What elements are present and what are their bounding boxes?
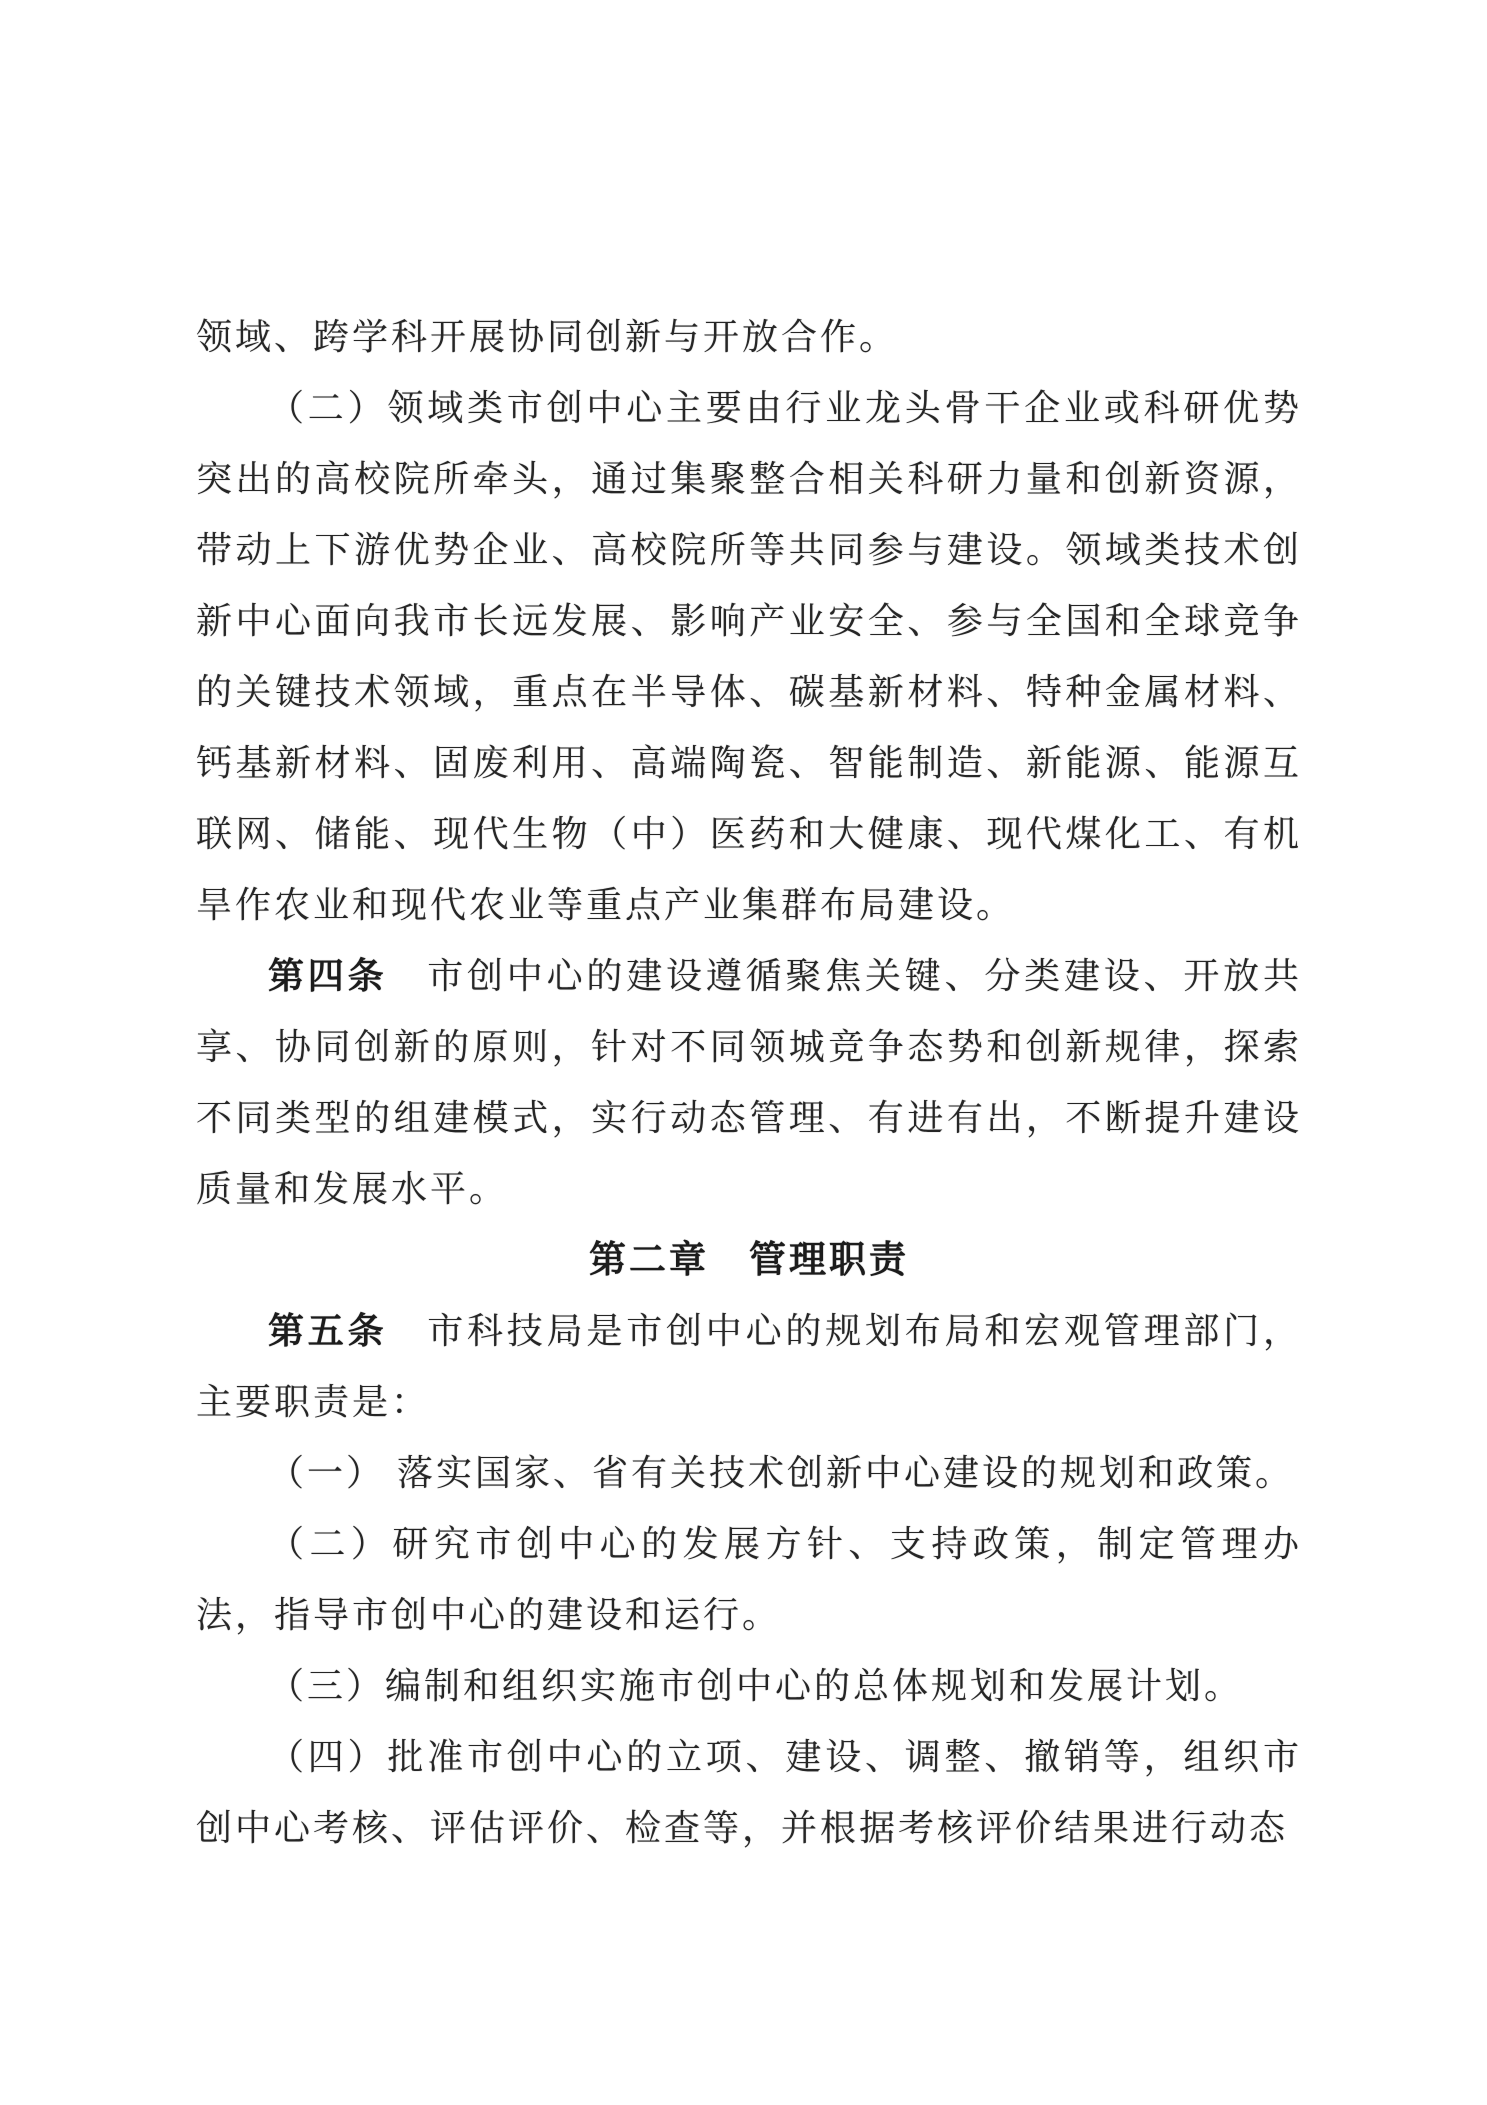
article-5-label: 第五条 — [268, 1311, 387, 1351]
para-article-4: 第四条 市创中心的建设遵循聚焦关键、分类建设、开放共享、协同创新的原则，针对不同… — [196, 941, 1302, 1225]
chapter-heading: 第二章 管理职责 — [196, 1225, 1302, 1296]
para-duty-one: （一） 落实国家、省有关技术创新中心建设的规划和政策。 — [196, 1438, 1302, 1509]
para-duty-four-text: （四）批准市创中心的立项、建设、调整、撤销等，组织市创中心考核、评估评价、检查等… — [196, 1737, 1302, 1848]
article-4-label: 第四条 — [268, 956, 387, 996]
para-article-5: 第五条 市科技局是市创中心的规划布局和宏观管理部门，主要职责是： — [196, 1296, 1302, 1438]
para-continuation-text: 领域、跨学科开展协同创新与开放合作。 — [196, 317, 898, 357]
para-duty-three: （三）编制和组织实施市创中心的总体规划和发展计划。 — [196, 1651, 1302, 1722]
para-duty-two-text: （二）研究市创中心的发展方针、支持政策，制定管理办法，指导市创中心的建设和运行。 — [196, 1524, 1302, 1635]
para-duty-one-text: （一） 落实国家、省有关技术创新中心建设的规划和政策。 — [268, 1453, 1294, 1493]
para-continuation: 领域、跨学科开展协同创新与开放合作。 — [196, 302, 1302, 373]
para-duty-three-text: （三）编制和组织实施市创中心的总体规划和发展计划。 — [268, 1666, 1243, 1706]
para-duty-four: （四）批准市创中心的立项、建设、调整、撤销等，组织市创中心考核、评估评价、检查等… — [196, 1722, 1302, 1864]
para-item-two: （二）领域类市创中心主要由行业龙头骨干企业或科研优势突出的高校院所牵头，通过集聚… — [196, 373, 1302, 941]
para-duty-two: （二）研究市创中心的发展方针、支持政策，制定管理办法，指导市创中心的建设和运行。 — [196, 1509, 1302, 1651]
para-item-two-text: （二）领域类市创中心主要由行业龙头骨干企业或科研优势突出的高校院所牵头，通过集聚… — [196, 388, 1302, 925]
document-text-block: 领域、跨学科开展协同创新与开放合作。 （二）领域类市创中心主要由行业龙头骨干企业… — [196, 302, 1302, 1864]
document-page: 领域、跨学科开展协同创新与开放合作。 （二）领域类市创中心主要由行业龙头骨干企业… — [0, 0, 1487, 2105]
